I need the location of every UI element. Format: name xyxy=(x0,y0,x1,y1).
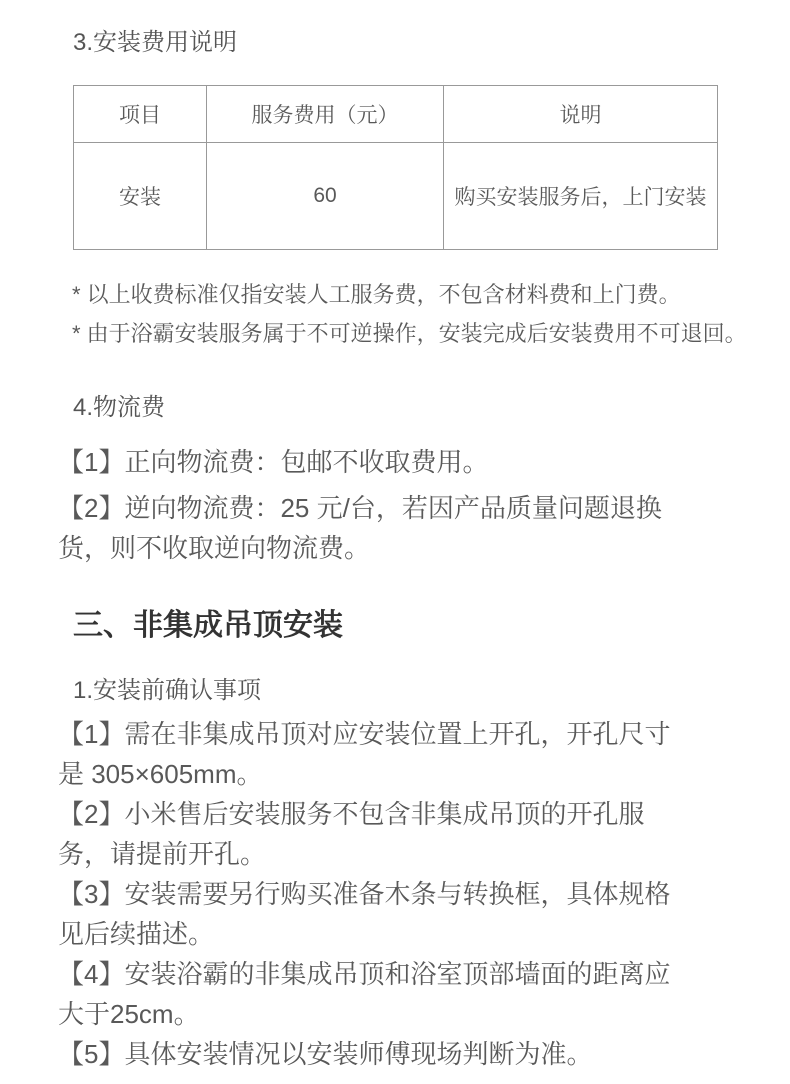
confirm-item-hole-size: 【1】需在非集成吊顶对应安装位置上开孔，开孔尺寸 是 305×605mm。 xyxy=(58,714,770,794)
confirm-item-no-hole-service: 【2】小米售后安装服务不包含非集成吊顶的开孔服 务，请提前开孔。 xyxy=(58,794,770,874)
fee-note-irreversible: * 由于浴霸安装服务属于不可逆操作，安装完成后安装费用不可退回。 xyxy=(72,314,770,353)
fee-table-header-item: 项目 xyxy=(74,86,207,143)
fee-note-labor: * 以上收费标准仅指安装人工服务费，不包含材料费和上门费。 xyxy=(72,275,770,314)
logistics-title: 4.物流费 xyxy=(73,391,750,425)
fee-notes: * 以上收费标准仅指安装人工服务费，不包含材料费和上门费。 * 由于浴霸安装服务… xyxy=(72,275,770,353)
non-integrated-heading: 三、非集成吊顶安装 xyxy=(73,605,750,647)
fee-cell-price: 60 xyxy=(207,143,444,250)
logistics-item-reverse: 【2】逆向物流费：25 元/台，若因产品质量问题退换 货，则不收取逆向物流费。 xyxy=(58,488,770,568)
fee-table-header-price: 服务费用（元） xyxy=(207,86,444,143)
pre-install-confirm-title: 1.安装前确认事项 xyxy=(73,674,750,708)
install-fee-table: 项目 服务费用（元） 说明 安装 60 购买安装服务后，上门安装 xyxy=(73,85,718,250)
confirm-item-onsite-judgement: 【5】具体安装情况以安装师傅现场判断为准。 xyxy=(58,1034,770,1074)
confirm-item-extra-materials: 【3】安装需要另行购买准备木条与转换框，具体规格 见后续描述。 xyxy=(58,874,770,954)
fee-cell-item: 安装 xyxy=(74,143,207,250)
logistics-item-forward: 【1】正向物流费：包邮不收取费用。 xyxy=(58,442,770,482)
confirm-item-ceiling-distance: 【4】安装浴霸的非集成吊顶和浴室顶部墙面的距离应 大于25cm。 xyxy=(58,954,770,1034)
fee-cell-description: 购买安装服务后，上门安装 xyxy=(444,143,718,250)
fee-table-header-row: 项目 服务费用（元） 说明 xyxy=(74,86,718,143)
service-document: 3.安装费用说明 项目 服务费用（元） 说明 安装 60 购买安装服务后，上门安… xyxy=(0,26,790,1074)
fee-table-header-description: 说明 xyxy=(444,86,718,143)
install-fee-title: 3.安装费用说明 xyxy=(73,26,750,60)
fee-table-row: 安装 60 购买安装服务后，上门安装 xyxy=(74,143,718,250)
